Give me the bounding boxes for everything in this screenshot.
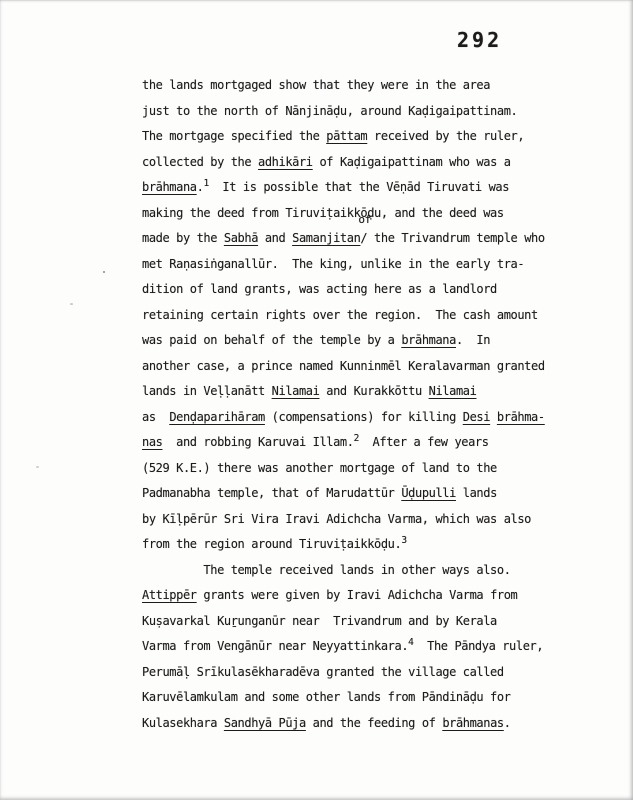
text-line: just to the north of Nānjināḍu, around K…	[142, 99, 602, 125]
underlined-term: adhikāri	[258, 155, 313, 169]
underlined-term: Attippēr	[142, 588, 197, 602]
footnote-reference: 3	[401, 535, 406, 546]
text-segment: another case, a prince named Kunninmēl K…	[142, 359, 545, 373]
scan-speck	[36, 466, 39, 468]
text-line: nas and robbing Karuvai Illam.2 After a …	[142, 430, 602, 456]
text-segment: Kulasekhara	[142, 716, 224, 730]
text-segment	[490, 410, 497, 424]
page-number: 292	[457, 28, 502, 52]
text-line: lands in Veḷḷanātt Nilamai and Kurakkōtt…	[142, 379, 602, 405]
interline-insertion-text: of	[358, 207, 370, 233]
text-line: Attippēr grants were given by Iravi Adic…	[142, 583, 602, 609]
text-segment: After a few years	[359, 435, 489, 449]
text-line: Varma from Vengānūr near Neyyattinkara.4…	[142, 634, 602, 660]
text-segment: received by the ruler,	[367, 129, 524, 143]
text-segment: (529 K.E.) there was another mortgage of…	[142, 461, 497, 475]
text-line: another case, a prince named Kunninmēl K…	[142, 354, 602, 380]
text-segment: Padmanabha temple, that of Marudattūr	[142, 486, 401, 500]
text-line: the lands mortgaged show that they were …	[142, 73, 602, 99]
text-segment: by Kīḷpērūr Sri Vira Iravi Adichcha Varm…	[142, 512, 531, 526]
text-segment: The mortgage specified the	[142, 129, 326, 143]
underlined-term: nas	[142, 435, 162, 449]
text-block: the lands mortgaged show that they were …	[142, 73, 602, 736]
text-segment: The temple received lands in other ways …	[142, 563, 511, 577]
scanned-document-page: 292 the lands mortgaged show that they w…	[0, 0, 633, 800]
text-line: Perumāḷ Srīkulasēkharadēva granted the v…	[142, 660, 602, 686]
text-line: Kuṣavarkal Kuṟunganūr near Trivandrum an…	[142, 609, 602, 635]
text-line: from the region around Tiruviṭaikkōḍu.3	[142, 532, 602, 558]
scan-speck	[103, 271, 105, 273]
text-segment: Perumāḷ Srīkulasēkharadēva granted the v…	[142, 665, 504, 679]
underlined-term: brāhma-	[497, 410, 545, 424]
text-line: Padmanabha temple, that of Marudattūr Ūḍ…	[142, 481, 602, 507]
underlined-term: brāhmana	[142, 180, 197, 194]
text-segment: as	[142, 410, 169, 424]
text-line: The temple received lands in other ways …	[142, 558, 602, 584]
text-segment: and robbing Karuvai Illam.	[162, 435, 353, 449]
text-segment: just to the north of Nānjināḍu, around K…	[142, 104, 517, 118]
text-line: collected by the adhikāri of Kaḍigaipatt…	[142, 150, 602, 176]
text-segment: Varma from Vengānūr near Neyyattinkara.	[142, 639, 408, 653]
underlined-term: pāttam	[326, 129, 367, 143]
underlined-term: brāhmanas	[442, 716, 503, 730]
text-segment: (compensations) for killing	[265, 410, 463, 424]
text-line: making the deed from Tiruviṭaikkōḍu, and…	[142, 201, 602, 227]
text-segment: Karuvēlamkulam and some other lands from…	[142, 690, 511, 704]
text-segment: It is possible that the Vēṇād Tiruvati w…	[209, 180, 509, 194]
underlined-term: Denḍaparihāram	[169, 410, 265, 424]
underlined-term: Desi	[463, 410, 490, 424]
text-segment: making the deed from Tiruviṭaikkōḍu, and…	[142, 206, 504, 220]
text-segment: grants were given by Iravi Adichcha Varm…	[197, 588, 518, 602]
text-line: brāhmana.1 It is possible that the Vēṇād…	[142, 175, 602, 201]
text-line: met Raṇasiṅganallūr. The king, unlike in…	[142, 252, 602, 278]
text-segment: met Raṇasiṅganallūr. The king, unlike in…	[142, 257, 524, 271]
text-segment: The Pāndya ruler,	[414, 639, 544, 653]
scan-speck	[70, 303, 73, 305]
text-segment: from the region around Tiruviṭaikkōḍu.	[142, 537, 401, 551]
text-line: retaining certain rights over the region…	[142, 303, 602, 329]
text-segment: .	[504, 716, 511, 730]
text-segment: collected by the	[142, 155, 258, 169]
underlined-term: Sandhyā Pūja	[224, 716, 306, 730]
text-segment: and	[258, 231, 292, 245]
underlined-term: Ūḍupulli	[401, 486, 456, 500]
underlined-term: brāhmana	[401, 333, 456, 347]
text-segment: made by the	[142, 231, 224, 245]
text-segment: the lands mortgaged show that they were …	[142, 78, 490, 92]
underlined-term: Sabhā	[224, 231, 258, 245]
underlined-term: Nilamai	[272, 384, 320, 398]
text-segment: lands	[456, 486, 497, 500]
text-segment: retaining certain rights over the region…	[142, 308, 538, 322]
text-segment: and Kurakkōttu	[319, 384, 428, 398]
text-segment: . In	[456, 333, 490, 347]
text-segment: of Kaḍigaipattinam who was a	[313, 155, 511, 169]
text-line: by Kīḷpērūr Sri Vira Iravi Adichcha Varm…	[142, 507, 602, 533]
text-segment: was paid on behalf of the temple by a	[142, 333, 401, 347]
text-segment: dition of land grants, was acting here a…	[142, 282, 497, 296]
text-line: dition of land grants, was acting here a…	[142, 277, 602, 303]
text-line: Kulasekhara Sandhyā Pūja and the feeding…	[142, 711, 602, 737]
text-line: was paid on behalf of the temple by a br…	[142, 328, 602, 354]
text-segment: Kuṣavarkal Kuṟunganūr near Trivandrum an…	[142, 614, 497, 628]
underlined-term: Samanjitan	[292, 231, 360, 245]
text-line: (529 K.E.) there was another mortgage of…	[142, 456, 602, 482]
text-line: as Denḍaparihāram (compensations) for ki…	[142, 405, 602, 431]
text-line: made by the Sabhā and Samanjitanof/ the …	[142, 226, 602, 252]
underlined-term: Nilamai	[429, 384, 477, 398]
text-segment: lands in Veḷḷanātt	[142, 384, 272, 398]
text-line: The mortgage specified the pāttam receiv…	[142, 124, 602, 150]
text-segment: and the feeding of	[306, 716, 443, 730]
text-line: Karuvēlamkulam and some other lands from…	[142, 685, 602, 711]
text-segment: / the Trivandrum temple who	[360, 231, 544, 245]
